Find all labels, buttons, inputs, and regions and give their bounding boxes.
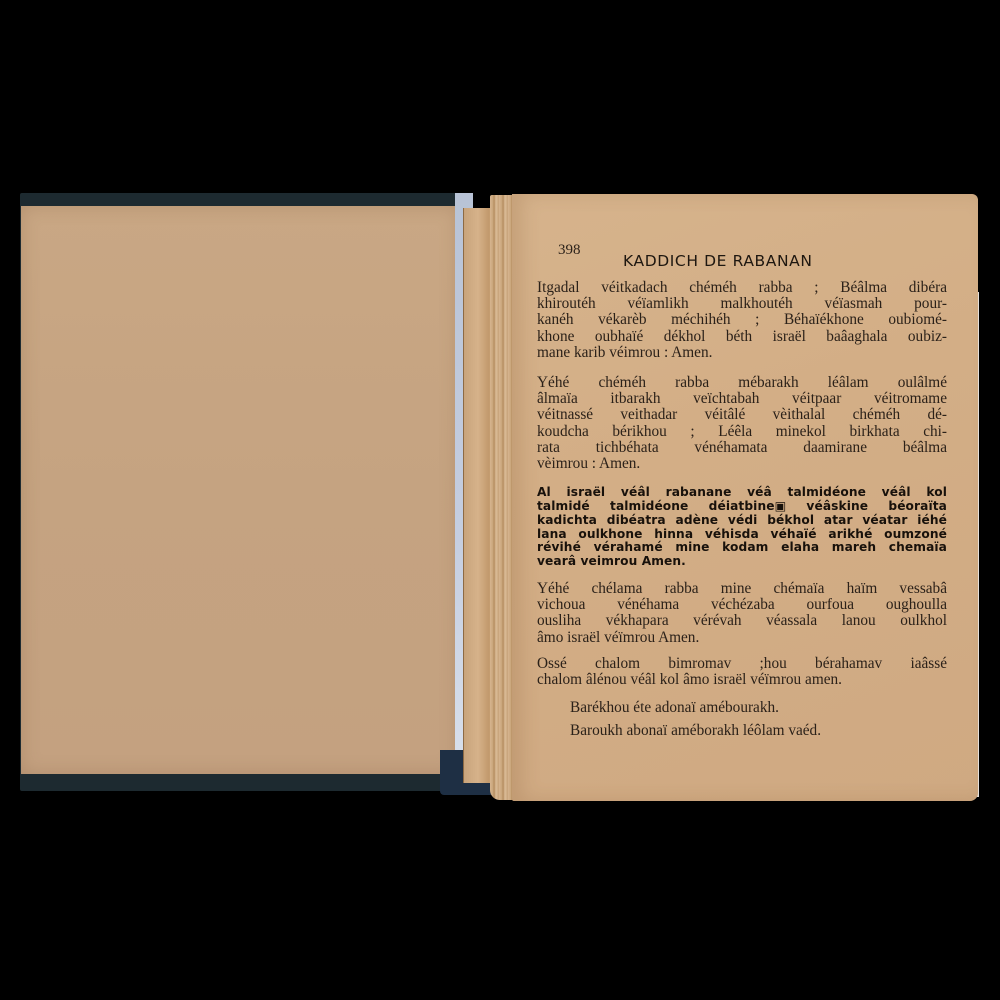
paragraph-1: Itgadal véitkadach chéméh rabba ; Béâlma… [537, 280, 947, 361]
text-line: âlmaïa itbarakh veïchtabah véitpaar véit… [537, 391, 947, 407]
text-line: Ossé chalom bimromav ;hou bérahamav iaâs… [537, 656, 947, 672]
text-line: ousliha vékhapara vérévah véassala lanou… [537, 613, 947, 629]
text-line: vearâ veimrou Amen. [537, 555, 947, 569]
text-line: âmo israël véïmrou Amen. [537, 630, 947, 646]
left-endpaper-blank-page [21, 206, 458, 774]
text-line: kadichta dibéatra adène védi békhol atar… [537, 514, 947, 528]
text-line: kanéh vékarèb méchihéh ; Béhaïékhone oub… [537, 312, 947, 328]
text-line: rata tichbéhata vénéhamata daamirane béâ… [537, 440, 947, 456]
text-line: mane karib véimrou : Amen. [537, 345, 947, 361]
text-line: Itgadal véitkadach chéméh rabba ; Béâlma… [537, 280, 947, 296]
paragraph-4: Yéhé chélama rabba mine chémaïa haïm ves… [537, 581, 947, 646]
text-line: Yéhé chélama rabba mine chémaïa haïm ves… [537, 581, 947, 597]
page-number: 398 [558, 242, 581, 259]
text-line: talmidé talmidéone déiatbine▣ véâskine b… [537, 500, 947, 514]
text-line: khone oubhaïé dékhol béth israël baâagha… [537, 329, 947, 345]
paragraph-3-bold: Al israël véâl rabanane véâ talmidéone v… [537, 486, 947, 569]
text-line: Al israël véâl rabanane véâ talmidéone v… [537, 486, 947, 500]
paragraph-2: Yéhé chéméh rabba mébarakh léâlam oulâlm… [537, 375, 947, 472]
text-line: Yéhé chéméh rabba mébarakh léâlam oulâlm… [537, 375, 947, 391]
text-line: révihé vérahamé mine kodam elaha mareh c… [537, 541, 947, 555]
text-line: véitnassé veithadar véitâlé vèithalal ch… [537, 407, 947, 423]
text-line: vichoua vénéhama véchézaba ourfoua ougho… [537, 597, 947, 613]
closing-line-2: Baroukh abonaï améborakh léôlam vaéd. [537, 719, 947, 742]
paragraph-5: Ossé chalom bimromav ;hou bérahamav iaâs… [537, 656, 947, 688]
closing-line-1: Barékhou éte adonaï amébourakh. [537, 696, 947, 719]
text-line: lana oulkhone hinna véhisda véhaïé arikh… [537, 528, 947, 542]
text-line: khiroutéh véïamlikh malkhoutéh véïasmah … [537, 296, 947, 312]
running-head-title: KADDICH DE RABANAN [623, 252, 813, 270]
text-line: vèimrou : Amen. [537, 456, 947, 472]
page-body: Itgadal véitkadach chéméh rabba ; Béâlma… [537, 280, 947, 742]
printed-page: 398 KADDICH DE RABANAN Itgadal véitkadac… [512, 194, 978, 801]
text-line: koudcha bérikhou ; Léêla minekol birkhat… [537, 424, 947, 440]
text-line: chalom âlénou véâl kol âmo israël véïmro… [537, 672, 947, 688]
open-book-photo: 398 KADDICH DE RABANAN Itgadal véitkadac… [0, 0, 1000, 1000]
